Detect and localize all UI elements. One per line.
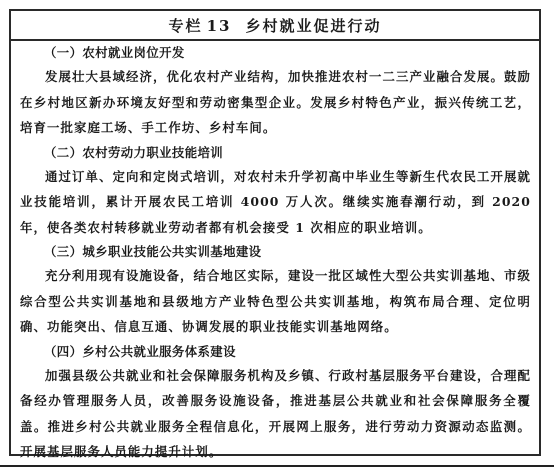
page-bottom-rule bbox=[0, 465, 554, 467]
column-box: 专栏13乡村就业促进行动 （一）农村就业岗位开发 发展壮大县域经济，优化农村产业… bbox=[9, 9, 541, 456]
section-heading-1: （一）农村就业岗位开发 bbox=[20, 42, 531, 64]
section-heading-3: （三）城乡职业技能公共实训基地建设 bbox=[20, 241, 531, 263]
column-title-number: 13 bbox=[207, 17, 232, 35]
section-body-1: 发展壮大县域经济，优化农村产业结构，加快推进农村一二三产业融合发展。鼓励在乡村地… bbox=[20, 64, 531, 141]
section-body-2: 通过订单、定向和定岗式培训，对农村未升学初高中毕业生等新生代农民工开展就业技能培… bbox=[20, 164, 531, 241]
column-title-row: 专栏13乡村就业促进行动 bbox=[11, 11, 539, 41]
column-title: 专栏13乡村就业促进行动 bbox=[169, 15, 382, 36]
column-title-prefix: 专栏 bbox=[169, 17, 203, 35]
column-title-text: 乡村就业促进行动 bbox=[245, 17, 381, 35]
section-body-3: 充分利用现有设施设备，结合地区实际，建设一批区域性大型公共实训基地、市级综合型公… bbox=[20, 263, 531, 340]
section-heading-2: （二）农村劳动力职业技能培训 bbox=[20, 142, 531, 164]
section-heading-4: （四）乡村公共就业服务体系建设 bbox=[20, 341, 531, 363]
section-body-4: 加强县级公共就业和社会保障服务机构及乡镇、行政村基层服务平台建设，合理配备经办管… bbox=[20, 363, 531, 465]
column-content: （一）农村就业岗位开发 发展壮大县域经济，优化农村产业结构，加快推进农村一二三产… bbox=[11, 41, 539, 465]
